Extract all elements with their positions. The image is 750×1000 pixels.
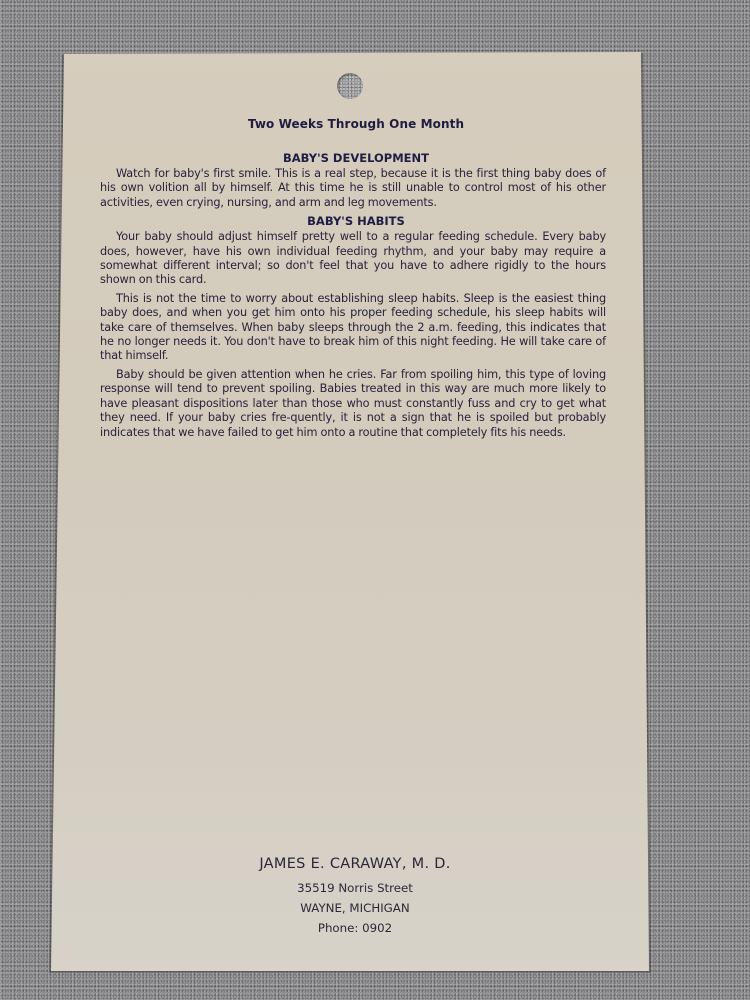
section-heading-development: BABY'S DEVELOPMENT	[106, 151, 606, 165]
card-content: Two Weeks Through One Month BABY'S DEVEL…	[100, 117, 606, 444]
doctor-city: WAYNE, MICHIGAN	[200, 898, 510, 918]
paragraph-habits-3: Baby should be given attention when he c…	[100, 368, 606, 440]
doctor-phone: Phone: 0902	[200, 918, 510, 938]
section-babys-development: BABY'S DEVELOPMENT Watch for baby's firs…	[100, 151, 606, 210]
paragraph-habits-1: Your baby should adjust himself pretty w…	[100, 230, 606, 288]
doctor-name: JAMES E. CARAWAY, M. D.	[200, 856, 510, 872]
card-title: Two Weeks Through One Month	[106, 117, 606, 131]
section-heading-habits: BABY'S HABITS	[106, 214, 606, 228]
paragraph-development-1: Watch for baby's first smile. This is a …	[100, 167, 606, 210]
doctor-street: 35519 Norris Street	[200, 878, 510, 898]
punch-hole	[337, 73, 363, 99]
doctor-info: JAMES E. CARAWAY, M. D. 35519 Norris Str…	[200, 856, 510, 938]
paragraph-habits-2: This is not the time to worry about esta…	[100, 292, 606, 364]
section-babys-habits: BABY'S HABITS Your baby should adjust hi…	[100, 214, 606, 440]
